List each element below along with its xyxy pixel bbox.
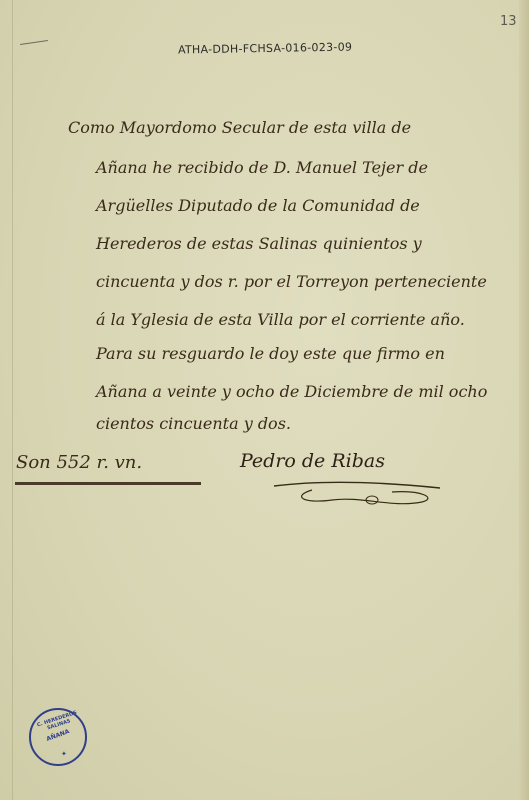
body-line: á la Yglesia de esta Villa por el corrie… xyxy=(96,310,465,329)
archive-stamp: C. HEREDEROS SALINAS AÑANA ✦ xyxy=(29,708,87,766)
body-line: Herederos de estas Salinas quinientos y xyxy=(96,234,422,253)
body-line: Para su resguardo le doy este que firmo … xyxy=(96,344,445,363)
sum-underline xyxy=(15,482,201,485)
body-line: cientos cincuenta y dos. xyxy=(96,414,291,433)
body-line: cincuenta y dos r. por el Torreyon perte… xyxy=(96,272,487,291)
body-line: Añana a veinte y ocho de Diciembre de mi… xyxy=(96,382,487,401)
pen-mark xyxy=(20,40,48,45)
sum-total: Son 552 r. vn. xyxy=(16,452,142,473)
folio-number: 13 xyxy=(500,14,517,29)
signature-rubric-flourish xyxy=(272,478,442,512)
paper-edge xyxy=(519,0,529,800)
body-line: Como Mayordomo Secular de esta villa de xyxy=(68,118,411,137)
body-line: Añana he recibido de D. Manuel Tejer de xyxy=(96,158,428,177)
document-page: 13 ATHA-DDH-FCHSA-016-023-09 Como Mayord… xyxy=(0,0,529,800)
body-line: Argüelles Diputado de la Comunidad de xyxy=(96,196,420,215)
signature: Pedro de Ribas xyxy=(240,450,385,472)
fold-line xyxy=(12,0,13,800)
archive-reference-code: ATHA-DDH-FCHSA-016-023-09 xyxy=(178,40,352,56)
star-icon: ✦ xyxy=(61,750,67,758)
